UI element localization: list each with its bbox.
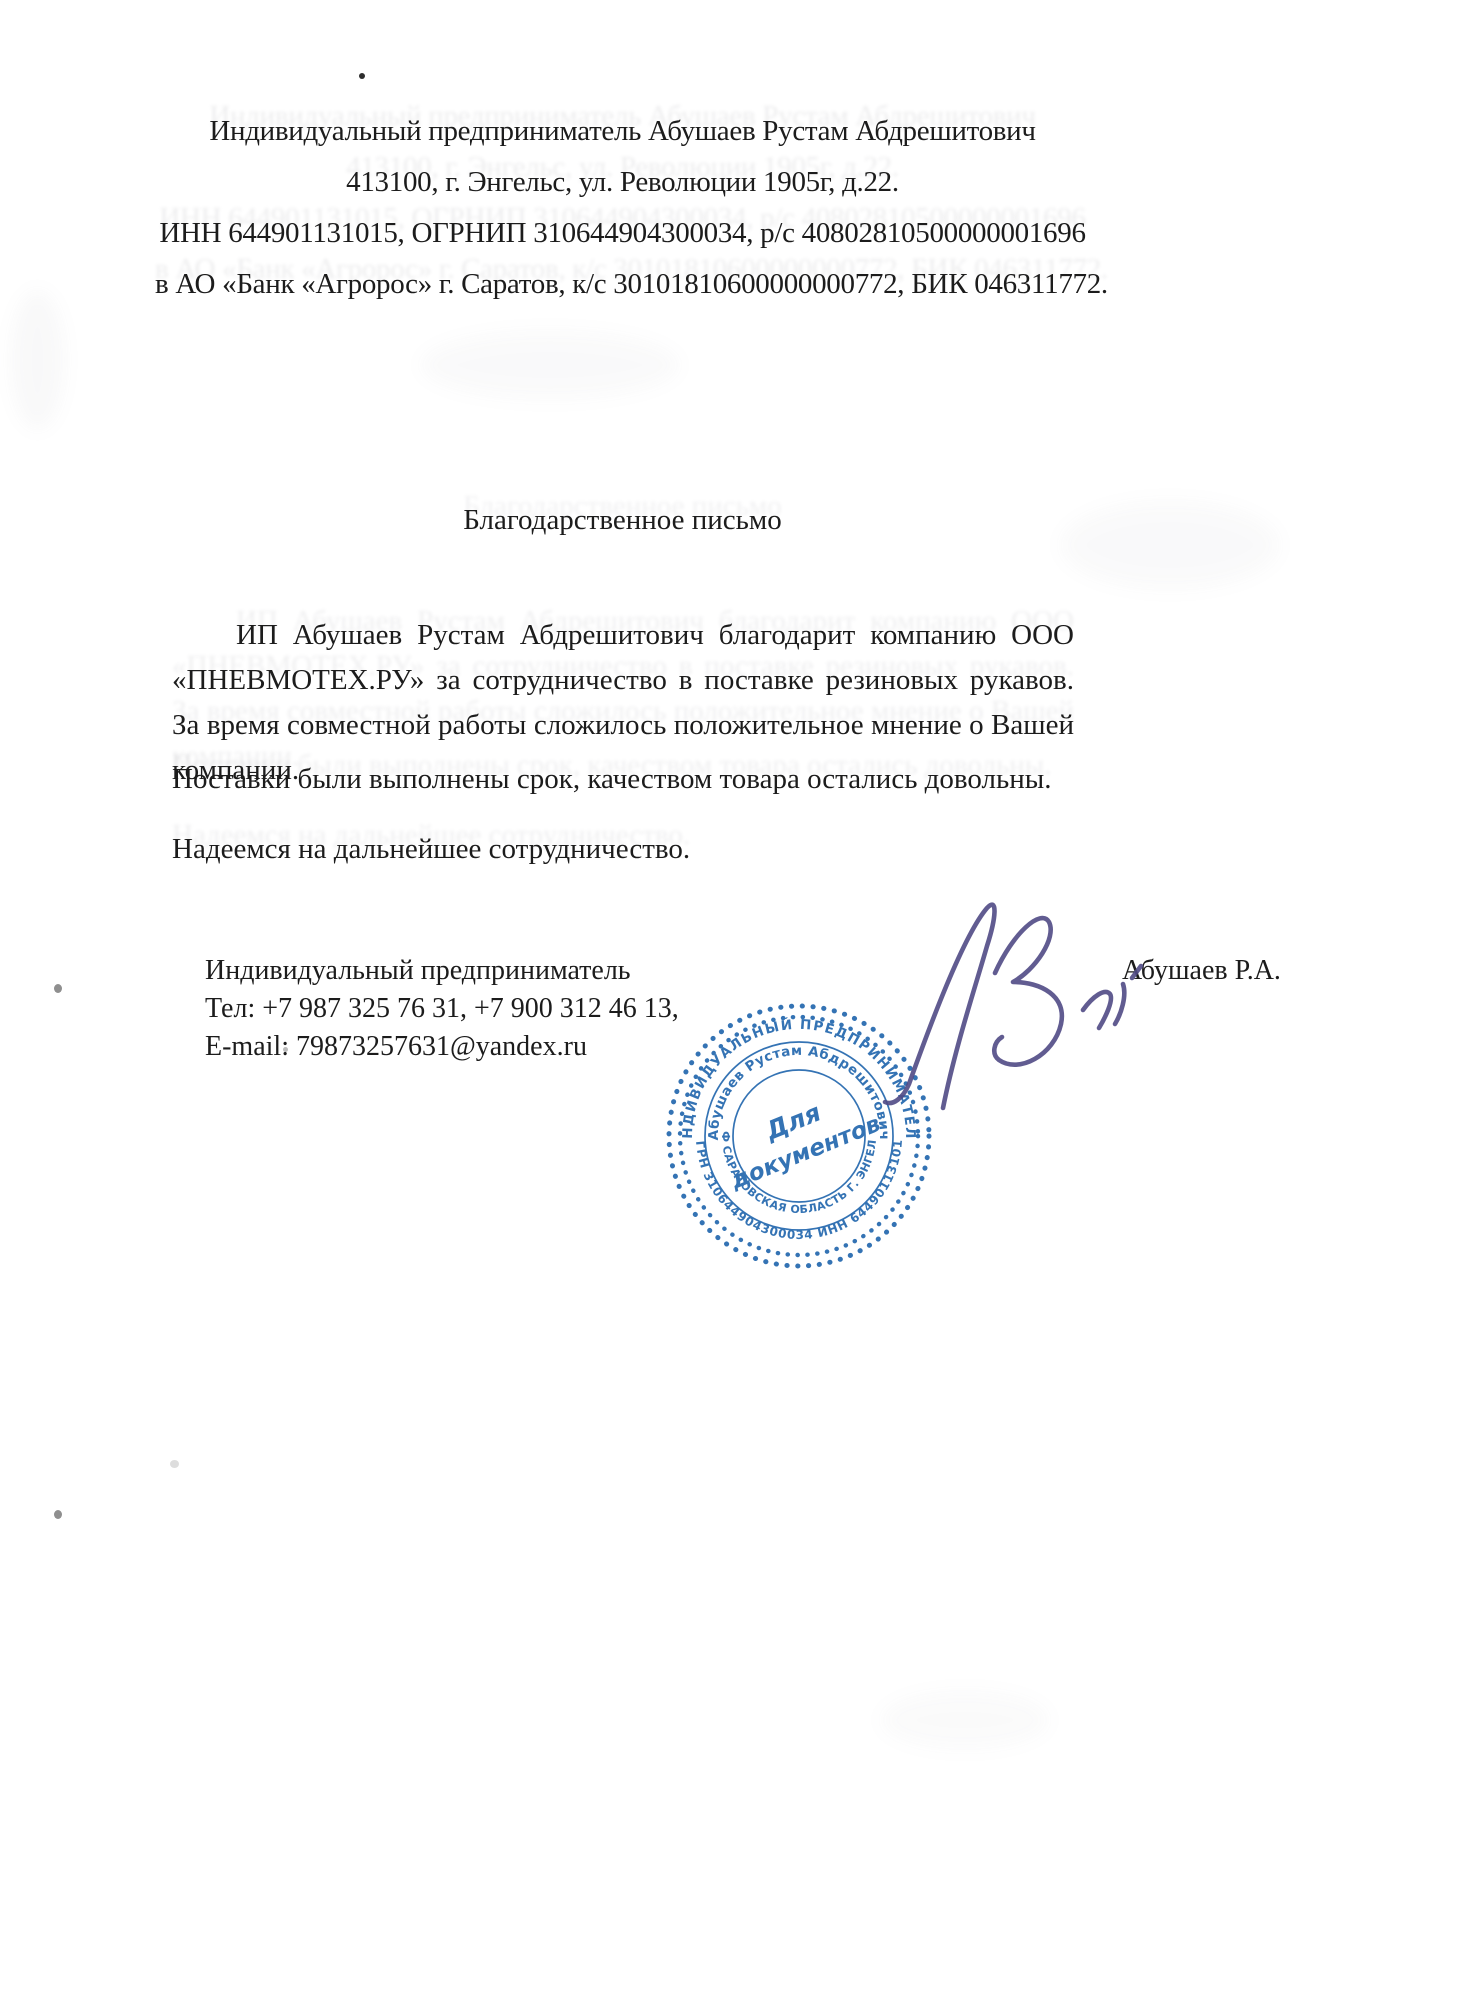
letterhead-line-inn: ИНН 644901131015, ОГРНИП 310644904300034… <box>155 208 1090 259</box>
scan-speck <box>54 1510 62 1519</box>
autograph-stroke-tail2 <box>1115 984 1124 1024</box>
body-paragraph-deliveries: Поставки были выполнены срок, качеством … <box>172 757 1074 802</box>
scan-noise-blob <box>1060 500 1280 590</box>
scan-noise-blob <box>420 330 680 400</box>
autograph-strokes <box>885 905 1141 1108</box>
scan-noise-blob <box>10 290 65 430</box>
scan-speck <box>54 984 62 993</box>
autograph-stroke-loop <box>994 918 1062 1065</box>
letterhead-line-bank: в АО «Банк «Агророс» г. Саратов, к/с 301… <box>155 259 1090 310</box>
signer-role: Индивидуальный предприниматель <box>205 952 679 990</box>
letterhead: Индивидуальный предприниматель Абушаев Р… <box>155 106 1090 310</box>
scan-noise-blob <box>880 1690 1050 1750</box>
autograph-stroke-tail1 <box>1083 992 1111 1028</box>
letterhead-line-address: 413100, г. Энгельс, ул. Революции 1905г,… <box>155 157 1090 208</box>
scan-speck <box>359 73 365 79</box>
letterhead-line-owner: Индивидуальный предприниматель Абушаев Р… <box>155 106 1090 157</box>
signature-block: Индивидуальный предприниматель Тел: +7 9… <box>205 952 679 1066</box>
signer-email: E-mail: 79873257631@yandex.ru <box>205 1028 679 1066</box>
body-paragraph-cooperation: Надеемся на дальнейшее сотрудничество. <box>172 827 1074 872</box>
autograph-stroke-main <box>885 905 995 1108</box>
scanned-letter-page: Индивидуальный предприниматель Абушаев Р… <box>0 0 1484 2015</box>
letter-title: Благодарственное письмо <box>155 497 1090 543</box>
scan-speck <box>170 1460 179 1468</box>
signer-phone: Тел: +7 987 325 76 31, +7 900 312 46 13, <box>205 990 679 1028</box>
autograph-stroke-accent <box>1132 966 1141 978</box>
signature-autograph <box>845 878 1175 1128</box>
